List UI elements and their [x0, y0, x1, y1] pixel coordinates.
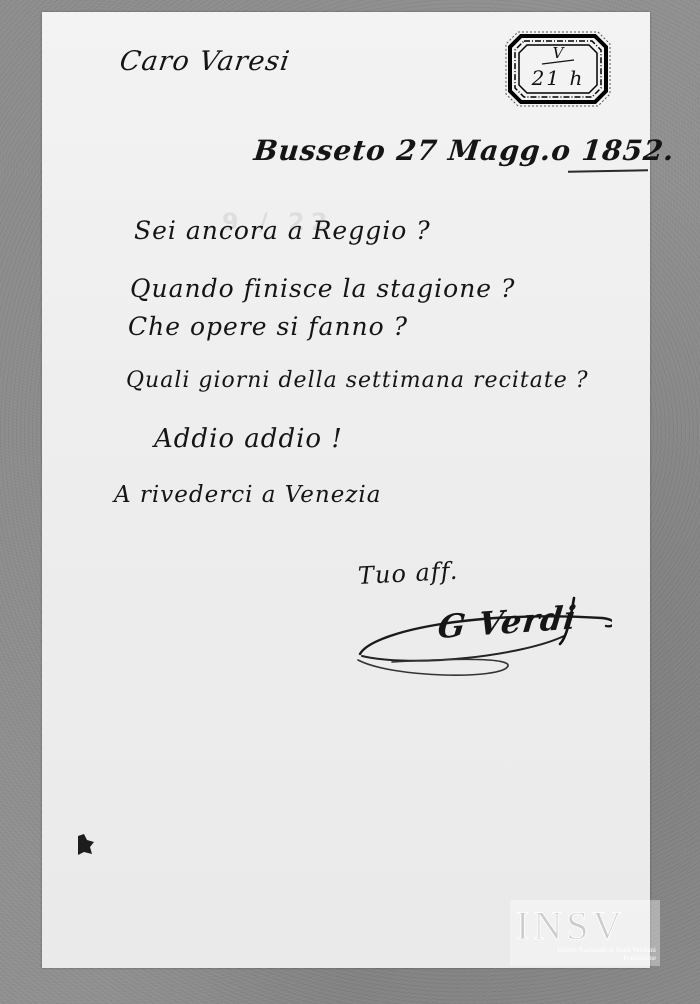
watermark-subtitle: Istituto Nazionale di Studi Verdiani Fon…	[514, 946, 656, 962]
body-line: Quali giorni della settimana recitate ?	[126, 368, 589, 393]
body-line: Addio addio !	[154, 424, 343, 454]
watermark-subtitle-line1: Istituto Nazionale di Studi Verdiani	[514, 946, 656, 954]
letter-page: V 21 h Caro Varesi Busseto 27 Magg.o 185…	[42, 12, 650, 968]
salutation: Caro Varesi	[118, 46, 292, 77]
body-line: Che opere si fanno ?	[128, 312, 408, 341]
body-line: A rivederci a Venezia	[114, 482, 382, 508]
archive-label: V 21 h	[504, 30, 612, 108]
date-underline	[568, 169, 648, 172]
body-line: Quando finisce la stagione ?	[130, 274, 515, 303]
place-date: Busseto 27 Magg.o 1852.	[252, 134, 676, 167]
label-roman-numeral: V	[504, 44, 612, 62]
watermark-subtitle-line2: Fondazione	[514, 954, 656, 962]
institution-watermark: INSV Istituto Nazionale di Studi Verdian…	[510, 900, 660, 966]
ink-blot-icon	[78, 834, 96, 856]
body-line: Sei ancora a Reggio ?	[134, 216, 431, 245]
watermark-title: INSV	[516, 902, 625, 949]
label-code: 21 h	[504, 66, 612, 90]
